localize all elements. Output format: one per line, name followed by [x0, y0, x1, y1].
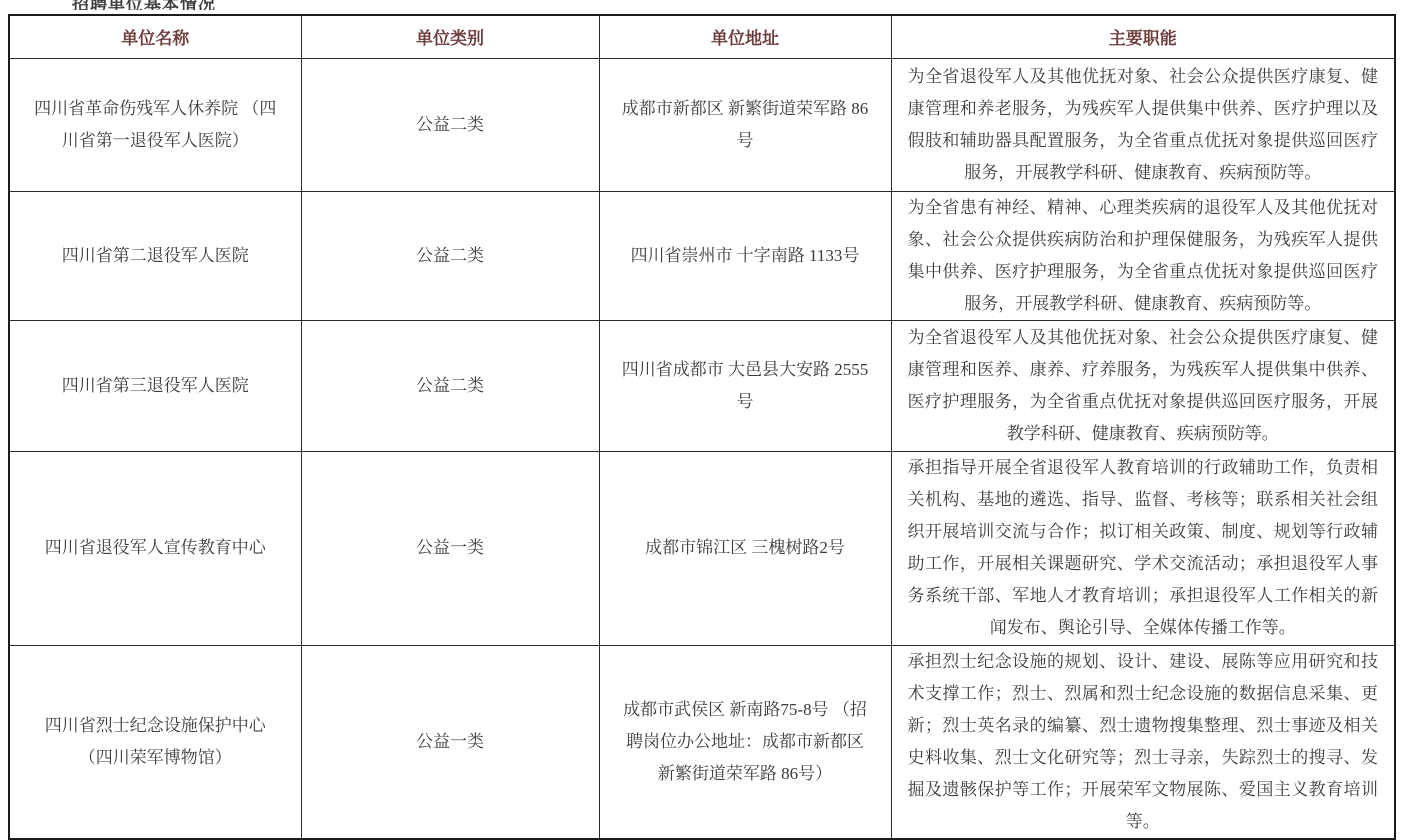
clipped-page-title-text: 招聘单位基本情况	[72, 0, 272, 10]
cell-main-functions: 为全省退役军人及其他优抚对象、社会公众提供医疗康复、健康管理和医养、康养、疗养服…	[891, 320, 1395, 451]
cell-main-functions: 承担指导开展全省退役军人教育培训的行政辅助工作，负责相关机构、基地的遴选、指导、…	[891, 451, 1395, 645]
column-header-unit-address: 单位地址	[599, 15, 891, 58]
cell-main-functions: 为全省患有神经、精神、心理类疾病的退役军人及其他优抚对象、社会公众提供疾病防治和…	[891, 191, 1395, 320]
cell-unit-address: 四川省成都市 大邑县大安路 2555 号	[599, 320, 891, 451]
cell-main-functions: 为全省退役军人及其他优抚对象、社会公众提供医疗康复、健康管理和养老服务，为残疾军…	[891, 58, 1395, 191]
cell-unit-name: 四川省第三退役军人医院	[9, 320, 301, 451]
cell-unit-category: 公益二类	[301, 320, 599, 451]
cell-unit-category: 公益一类	[301, 451, 599, 645]
column-header-unit-category: 单位类别	[301, 15, 599, 58]
cell-unit-address: 成都市武侯区 新南路75-8号 （招聘岗位办公地址：成都市新都区 新繁街道荣军路…	[599, 645, 891, 839]
cell-unit-address: 四川省崇州市 十字南路 1133号	[599, 191, 891, 320]
table-row: 四川省退役军人宣传教育中心 公益一类 成都市锦江区 三槐树路2号 承担指导开展全…	[9, 451, 1395, 645]
cell-unit-name: 四川省退役军人宣传教育中心	[9, 451, 301, 645]
column-header-unit-name: 单位名称	[9, 15, 301, 58]
table-header: 单位名称 单位类别 单位地址 主要职能	[9, 15, 1395, 58]
cell-unit-name: 四川省第二退役军人医院	[9, 191, 301, 320]
column-header-main-functions: 主要职能	[891, 15, 1395, 58]
cell-main-functions: 承担烈士纪念设施的规划、设计、建设、展陈等应用研究和技术支撑工作；烈士、烈属和烈…	[891, 645, 1395, 839]
table-row: 四川省革命伤残军人休养院 （四川省第一退役军人医院） 公益二类 成都市新都区 新…	[9, 58, 1395, 191]
clipped-page-title: 招聘单位基本情况	[72, 0, 272, 10]
cell-unit-category: 公益二类	[301, 191, 599, 320]
table-row: 四川省第三退役军人医院 公益二类 四川省成都市 大邑县大安路 2555 号 为全…	[9, 320, 1395, 451]
table-row: 四川省烈士纪念设施保护中心 （四川荣军博物馆） 公益一类 成都市武侯区 新南路7…	[9, 645, 1395, 839]
recruiting-units-table: 单位名称 单位类别 单位地址 主要职能 四川省革命伤残军人休养院 （四川省第一退…	[8, 14, 1396, 840]
table-row: 四川省第二退役军人医院 公益二类 四川省崇州市 十字南路 1133号 为全省患有…	[9, 191, 1395, 320]
cell-unit-address: 成都市新都区 新繁街道荣军路 86 号	[599, 58, 891, 191]
table-body: 四川省革命伤残军人休养院 （四川省第一退役军人医院） 公益二类 成都市新都区 新…	[9, 58, 1395, 839]
cell-unit-category: 公益二类	[301, 58, 599, 191]
cell-unit-name: 四川省烈士纪念设施保护中心 （四川荣军博物馆）	[9, 645, 301, 839]
cell-unit-address: 成都市锦江区 三槐树路2号	[599, 451, 891, 645]
cell-unit-name: 四川省革命伤残军人休养院 （四川省第一退役军人医院）	[9, 58, 301, 191]
cell-unit-category: 公益一类	[301, 645, 599, 839]
header-row: 单位名称 单位类别 单位地址 主要职能	[9, 15, 1395, 58]
